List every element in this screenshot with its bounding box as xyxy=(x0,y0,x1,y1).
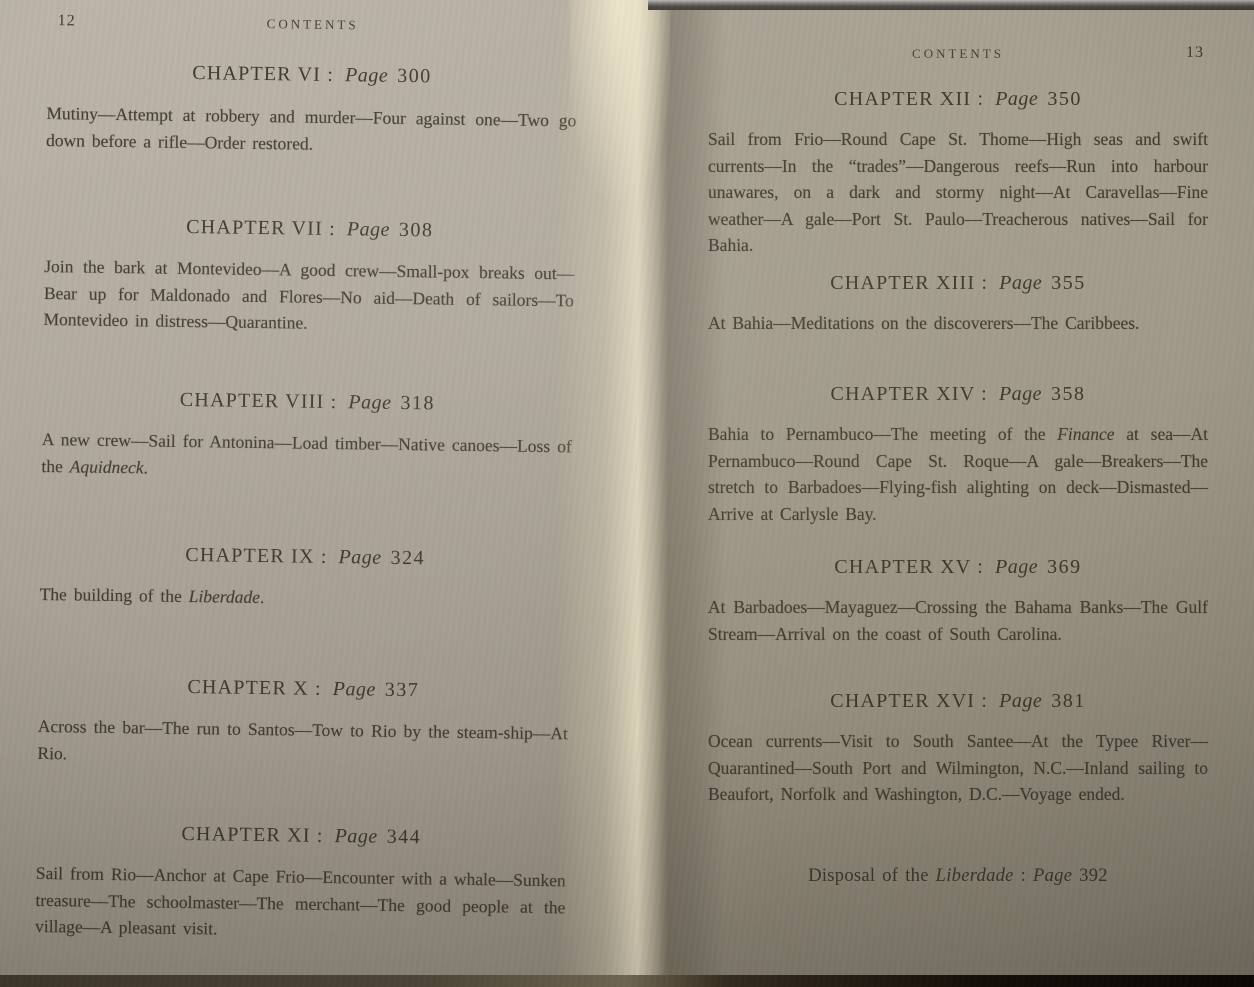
chapter-summary: At Bahia—Meditations on the discoverers—… xyxy=(708,310,1208,337)
chapter-label: CHAPTER XII : xyxy=(834,88,984,110)
chapter-heading: CHAPTER XII :Page350 xyxy=(708,88,1208,111)
chapter-summary: Sail from Rio—Anchor at Cape Frio—Encoun… xyxy=(35,860,566,947)
page-word: Page xyxy=(348,391,391,414)
chapter-page-number: 358 xyxy=(1051,383,1086,405)
page-word: Page xyxy=(995,556,1038,578)
page-word: Page xyxy=(999,383,1042,405)
right-running-head: CONTENTS xyxy=(708,46,1208,62)
right-page-content: CONTENTS 13 CHAPTER XII :Page350 Sail fr… xyxy=(708,0,1208,987)
chapter-summary: Mutiny—Attempt at robbery and murder—Fou… xyxy=(46,100,577,160)
disposal-footer: Disposal of the Liberdade : Page 392 xyxy=(708,866,1208,887)
chapter-summary: Across the bar—The run to Santos—Tow to … xyxy=(37,713,568,773)
chapter-label: CHAPTER VII : xyxy=(186,216,336,240)
chapter-heading: CHAPTER IX :Page324 xyxy=(40,542,570,572)
chapter-page-number: 324 xyxy=(390,547,425,569)
chapter-summary: The building of the Liberdade. xyxy=(40,581,570,615)
chapter-heading: CHAPTER VII :Page308 xyxy=(45,214,575,244)
page-word: Page xyxy=(999,690,1042,712)
chapter-summary: Bahia to Pernambuco—The meeting of the F… xyxy=(708,421,1208,527)
chapter-page-number: 369 xyxy=(1047,556,1082,578)
page-word: Page xyxy=(333,678,376,701)
left-page: 12 CONTENTS CHAPTER VI :Page300 Mutiny—A… xyxy=(0,0,660,987)
chapter-heading: CHAPTER XVI :Page381 xyxy=(708,690,1208,713)
chapter-label: CHAPTER XIII : xyxy=(830,272,988,294)
chapter-label: CHAPTER XV : xyxy=(834,556,984,578)
chapter-label: CHAPTER VI : xyxy=(192,62,334,86)
chapter-label: CHAPTER IX : xyxy=(185,544,327,568)
chapter-heading: CHAPTER XIII :Page355 xyxy=(708,272,1208,295)
chapter-summary: At Barbadoes—Mayaguez—Crossing the Baham… xyxy=(708,594,1208,647)
chapter-summary: Ocean currents—Visit to South Santee—At … xyxy=(708,728,1208,808)
page-word: Page xyxy=(347,218,390,241)
chapter-label: CHAPTER X : xyxy=(187,676,322,700)
chapter-heading: CHAPTER X :Page337 xyxy=(38,674,568,704)
book-photo: 12 CONTENTS CHAPTER VI :Page300 Mutiny—A… xyxy=(0,0,1254,987)
chapter-summary: A new crew—Sail for Antonina—Load timber… xyxy=(41,426,572,486)
chapter-page-number: 355 xyxy=(1051,272,1086,294)
chapter-label: CHAPTER XVI : xyxy=(830,690,988,712)
chapter-page-number: 308 xyxy=(399,219,434,241)
chapter-summary: Sail from Frio—Round Cape St. Thome—High… xyxy=(708,126,1208,259)
chapter-label: CHAPTER VIII : xyxy=(180,389,338,413)
chapter-page-number: 381 xyxy=(1051,690,1086,712)
chapter-page-number: 350 xyxy=(1047,88,1082,110)
cover-edge-top xyxy=(648,0,1254,10)
chapter-heading: CHAPTER XI :Page344 xyxy=(36,821,566,851)
chapter-summary: Join the bark at Montevideo—A good crew—… xyxy=(43,253,574,340)
page-word: Page xyxy=(999,272,1042,294)
page-word: Page xyxy=(338,546,381,569)
right-page: CONTENTS 13 CHAPTER XII :Page350 Sail fr… xyxy=(660,0,1254,987)
chapter-heading: CHAPTER XIV :Page358 xyxy=(708,383,1208,406)
page-word: Page xyxy=(995,88,1038,110)
chapter-page-number: 300 xyxy=(397,65,432,87)
chapter-label: CHAPTER XI : xyxy=(181,823,323,847)
chapter-heading: CHAPTER VIII :Page318 xyxy=(42,387,572,417)
chapter-label: CHAPTER XIV : xyxy=(830,383,987,405)
chapter-page-number: 344 xyxy=(387,826,422,848)
chapter-page-number: 318 xyxy=(400,392,435,414)
left-page-content: 12 CONTENTS CHAPTER VI :Page300 Mutiny—A… xyxy=(34,0,578,987)
chapter-heading: CHAPTER VI :Page300 xyxy=(47,60,577,90)
left-running-head: CONTENTS xyxy=(48,13,578,36)
cover-edge-bottom xyxy=(0,975,1254,987)
chapter-page-number: 337 xyxy=(385,679,420,701)
chapter-heading: CHAPTER XV :Page369 xyxy=(708,556,1208,579)
page-word: Page xyxy=(334,825,377,848)
right-page-number: 13 xyxy=(1186,44,1204,62)
page-word: Page xyxy=(345,64,388,87)
